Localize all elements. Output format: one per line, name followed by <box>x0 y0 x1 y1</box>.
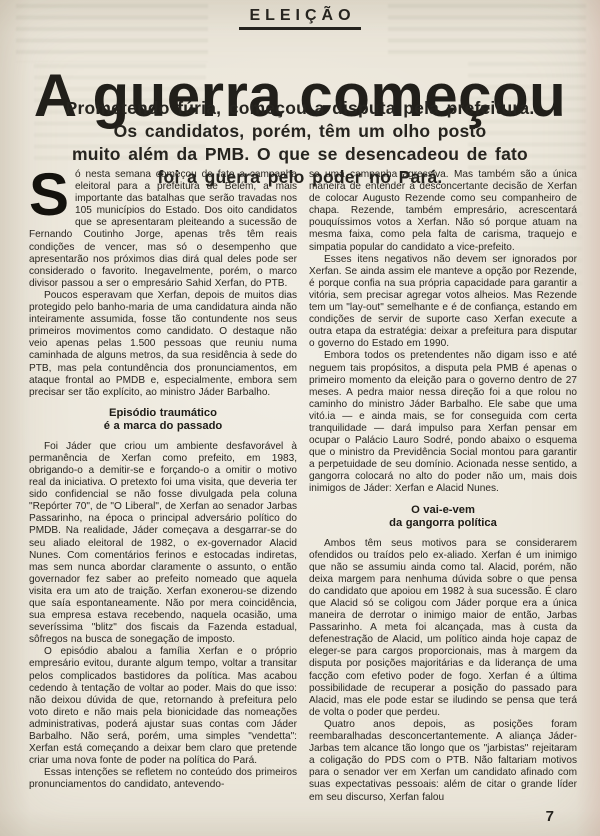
article-column-left: Só nesta semana começou de fato a campan… <box>29 169 297 804</box>
paragraph: Só nesta semana começou de fato a campan… <box>29 169 297 290</box>
paragraph: Ambos têm seus motivos para se considera… <box>309 538 577 719</box>
paragraph: Quatro anos depois, as posições foram re… <box>309 719 577 804</box>
page-number: 7 <box>546 808 554 825</box>
paragraph: se uma campanha agressiva. Mas também sã… <box>309 169 577 254</box>
paragraph: Esses itens negativos não devem ser igno… <box>309 254 577 351</box>
paragraph: Essas intenções se refletem no conteúdo … <box>29 767 297 791</box>
deck-line: Os candidatos, porém, têm um olho posto <box>36 120 564 143</box>
column-subhead: Episódio traumático é a marca do passado <box>29 407 297 434</box>
deck-line: muito além da PMB. O que se desencadeou … <box>36 143 564 166</box>
subhead-line: O vai-e-vem <box>309 504 577 518</box>
subhead-line: é a marca do passado <box>29 420 297 434</box>
deck-line: Prometendo fúria, começou a disputa pela… <box>36 97 564 120</box>
section-kicker: ELEIÇÃO <box>239 7 360 30</box>
paragraph: Embora todos os pretendentes não digam i… <box>309 350 577 495</box>
paragraph: Foi Jáder que criou um ambiente desfavor… <box>29 441 297 647</box>
column-subhead: O vai-e-vem da gangorra política <box>309 504 577 531</box>
subhead-line: Episódio traumático <box>29 407 297 421</box>
drop-cap: S <box>29 169 75 218</box>
article-body: Só nesta semana começou de fato a campan… <box>29 169 577 804</box>
paragraph: Poucos esperavam que Xerfan, depois de m… <box>29 290 297 399</box>
article-column-right: se uma campanha agressiva. Mas também sã… <box>309 169 577 804</box>
section-kicker-wrap: ELEIÇÃO <box>0 7 600 30</box>
paragraph: O episódio abalou a família Xerfan e o p… <box>29 646 297 767</box>
subhead-line: da gangorra política <box>309 517 577 531</box>
